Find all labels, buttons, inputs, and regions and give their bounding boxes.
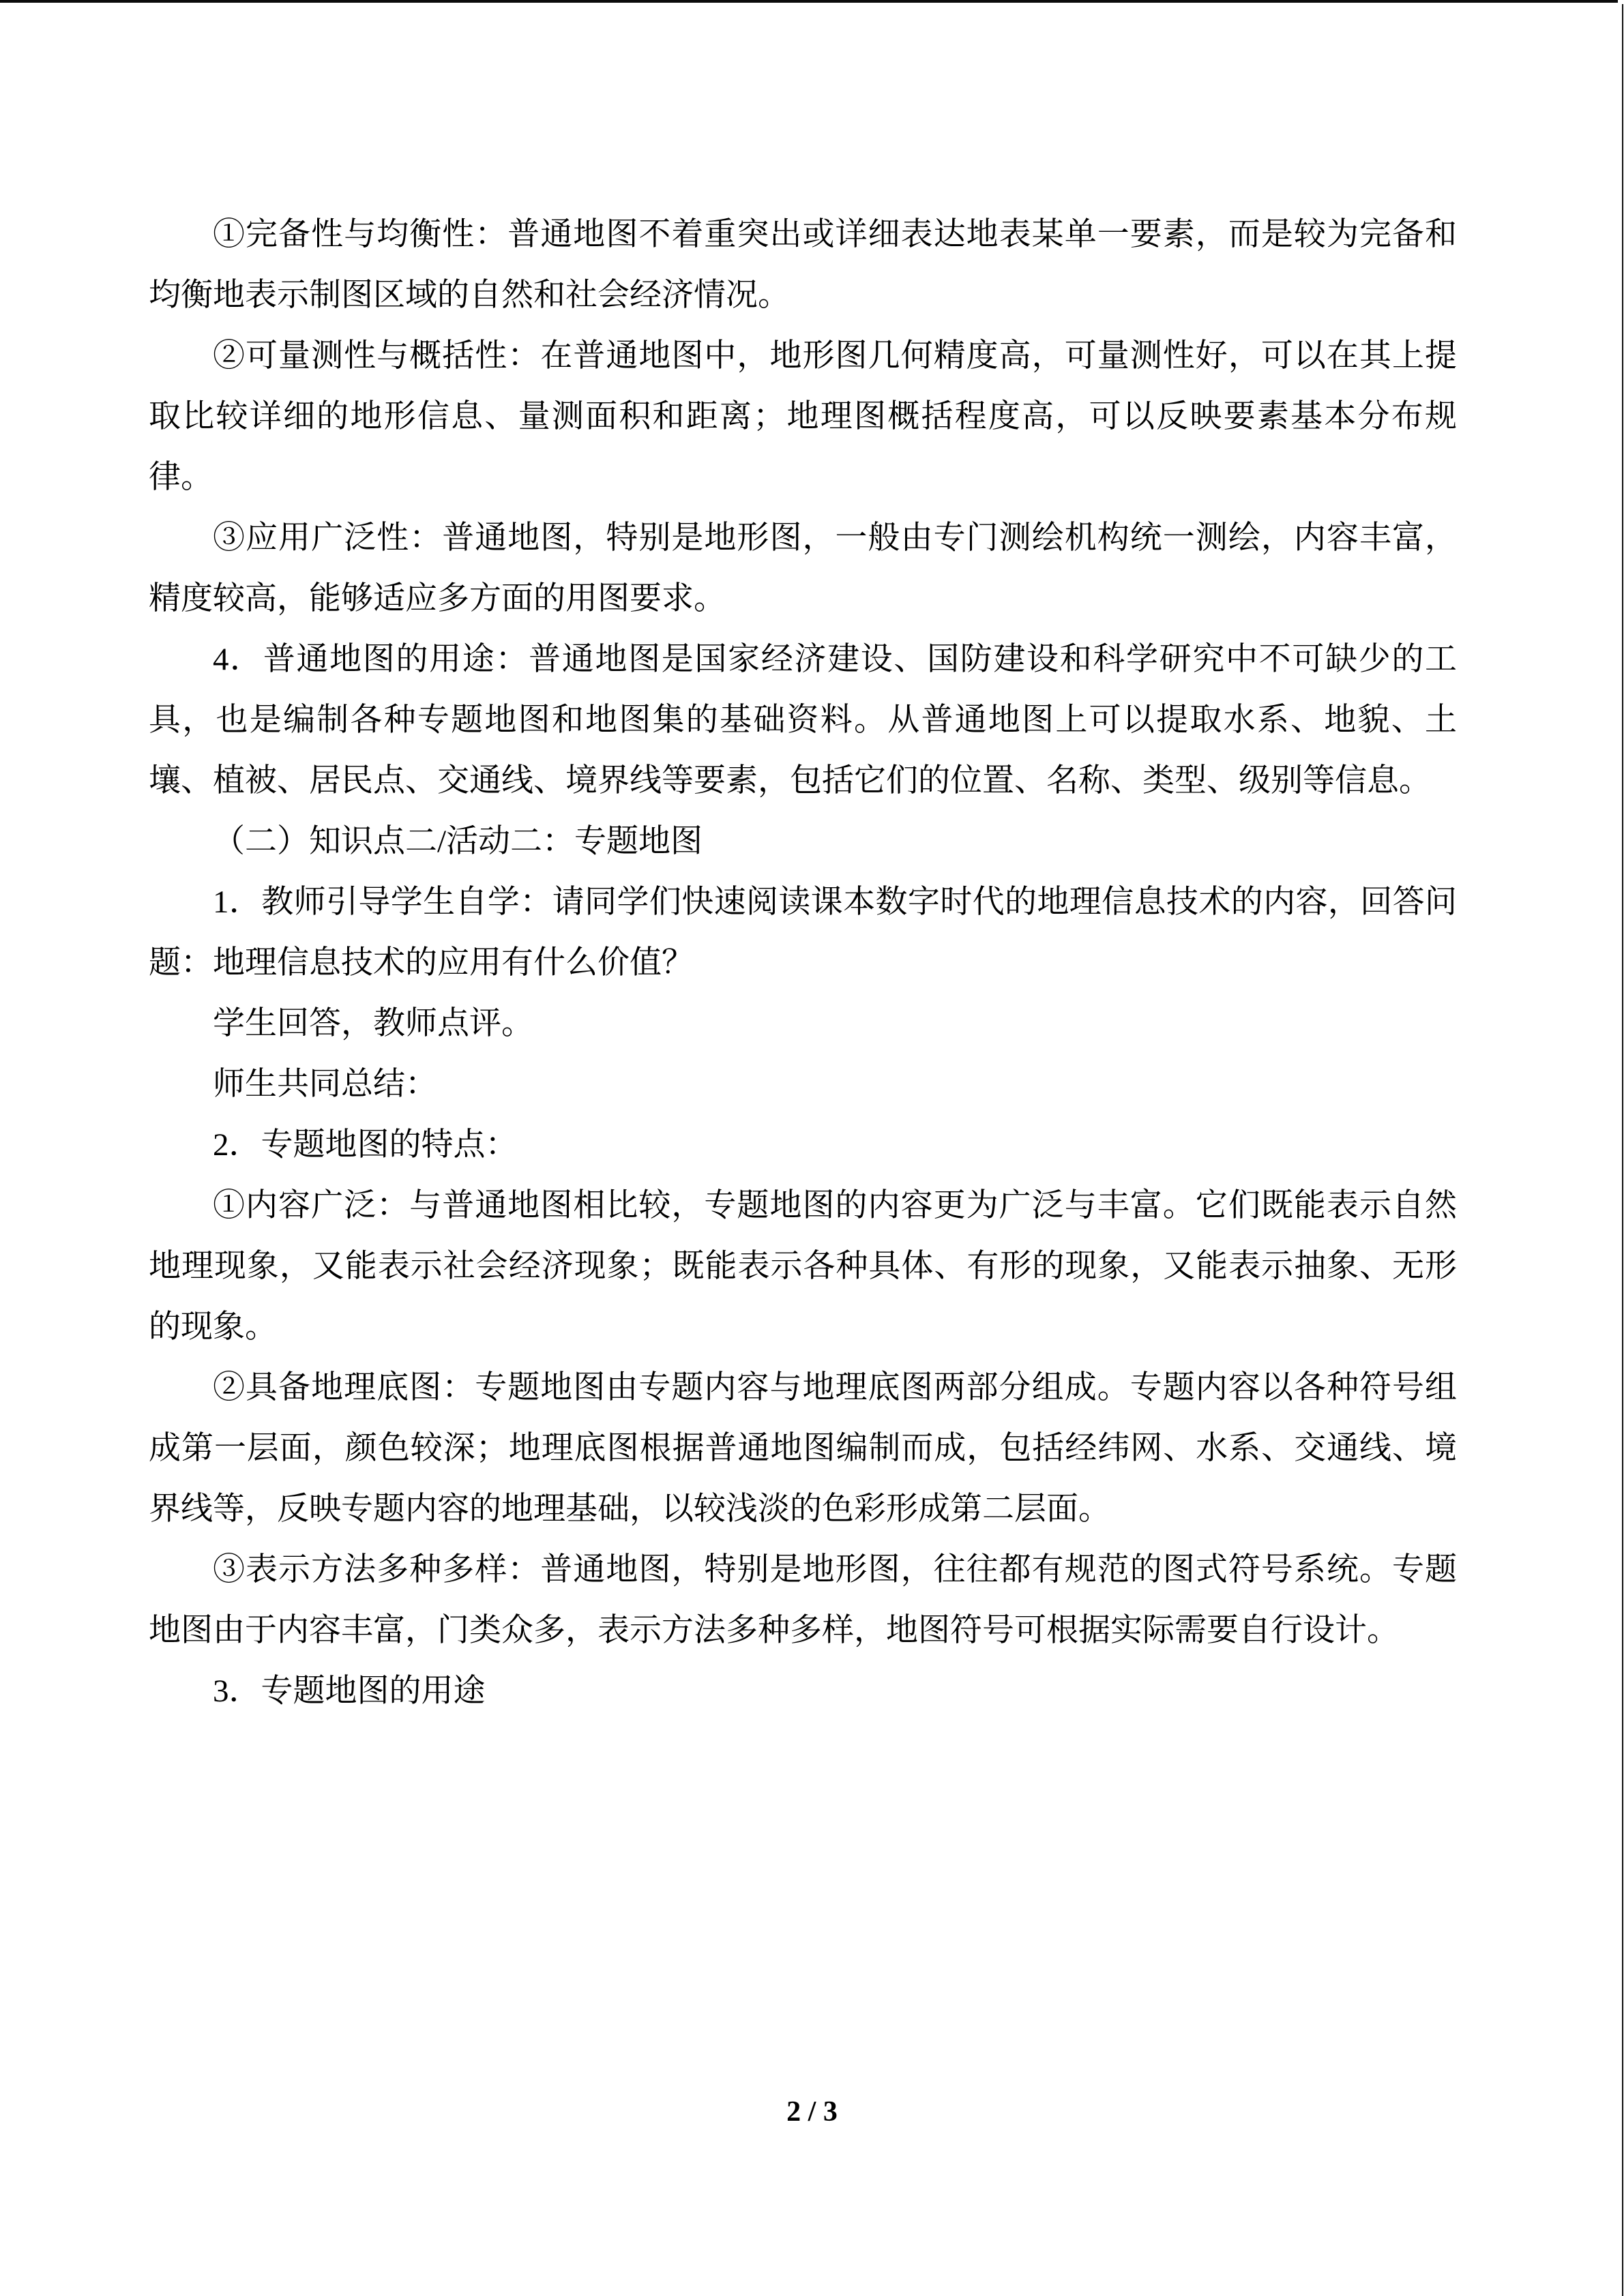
text-line: 3．专题地图的用途 [149,1661,1457,1722]
text-line: （二）知识点二/活动二：专题地图 [149,811,1457,872]
text-line: 界线等，反映专题内容的地理基础，以较浅淡的色彩形成第二层面。 [149,1479,1457,1540]
page-number: 2 / 3 [0,2095,1624,2129]
text-line: 律。 [149,447,1457,508]
text-line: ②具备地理底图：专题地图由专题内容与地理底图两部分组成。专题内容以各种符号组 [149,1358,1457,1418]
text-line: 精度较高，能够适应多方面的用图要求。 [149,569,1457,629]
text-line: ③表示方法多种多样：普通地图，特别是地形图，往往都有规范的图式符号系统。专题 [149,1540,1457,1600]
text-line: 均衡地表示制图区域的自然和社会经济情况。 [149,265,1457,326]
text-line: ①内容广泛：与普通地图相比较，专题地图的内容更为广泛与丰富。它们既能表示自然 [149,1176,1457,1236]
text-line: 地图由于内容丰富，门类众多，表示方法多种多样，地图符号可根据实际需要自行设计。 [149,1600,1457,1661]
text-line: 题：地理信息技术的应用有什么价值？ [149,933,1457,994]
text-line: 具，也是编制各种专题地图和地图集的基础资料。从普通地图上可以提取水系、地貌、土 [149,690,1457,751]
text-line: 师生共同总结： [149,1054,1457,1115]
text-line: ①完备性与均衡性：普通地图不着重突出或详细表达地表某单一要素，而是较为完备和 [149,205,1457,265]
document-body: ①完备性与均衡性：普通地图不着重突出或详细表达地表某单一要素，而是较为完备和均衡… [149,205,1457,1722]
page-right-border [1622,4,1623,2296]
text-line: 地理现象，又能表示社会经济现象；既能表示各种具体、有形的现象，又能表示抽象、无形 [149,1236,1457,1297]
text-line: 学生回答，教师点评。 [149,994,1457,1054]
page-top-border [0,0,1618,3]
text-line: 壤、植被、居民点、交通线、境界线等要素，包括它们的位置、名称、类型、级别等信息。 [149,751,1457,811]
text-line: 成第一层面，颜色较深；地理底图根据普通地图编制而成，包括经纬网、水系、交通线、境 [149,1418,1457,1479]
text-line: 4．普通地图的用途：普通地图是国家经济建设、国防建设和科学研究中不可缺少的工 [149,629,1457,690]
text-line: 取比较详细的地形信息、量测面积和距离；地理图概括程度高，可以反映要素基本分布规 [149,387,1457,447]
text-line: ③应用广泛性：普通地图，特别是地形图，一般由专门测绘机构统一测绘，内容丰富， [149,508,1457,569]
text-line: 的现象。 [149,1297,1457,1358]
text-line: 2．专题地图的特点： [149,1115,1457,1176]
text-line: 1．教师引导学生自学：请同学们快速阅读课本数字时代的地理信息技术的内容，回答问 [149,872,1457,933]
text-line: ②可量测性与概括性：在普通地图中，地形图几何精度高，可量测性好，可以在其上提 [149,326,1457,387]
document-page: ①完备性与均衡性：普通地图不着重突出或详细表达地表某单一要素，而是较为完备和均衡… [0,0,1624,2296]
